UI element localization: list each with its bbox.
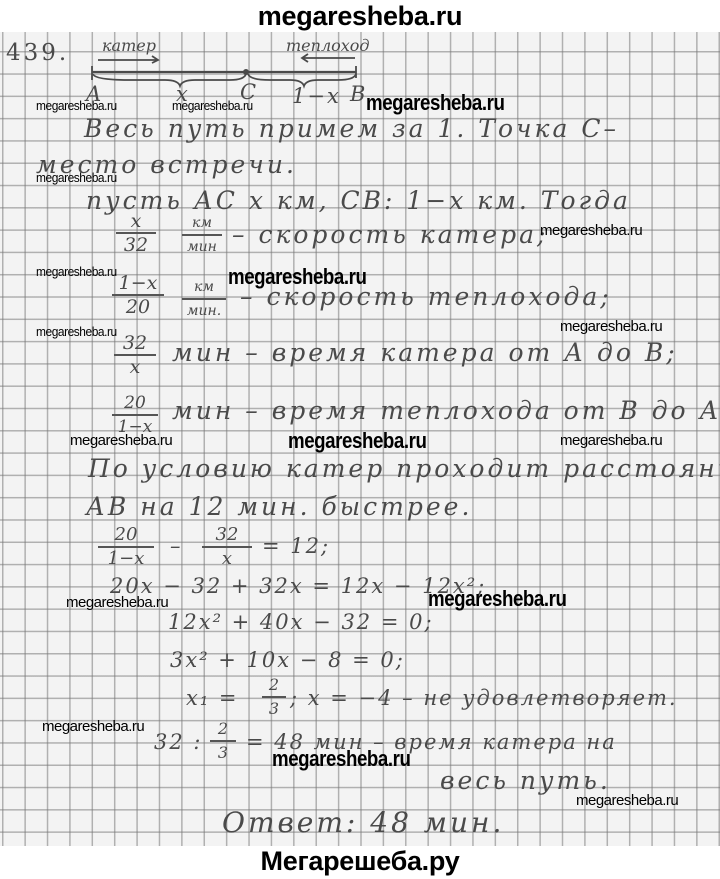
site-title-ru: Мегарешеба.ру [261,846,460,876]
segment-cb-label: 1−x [292,84,341,108]
equation-3: 12x² + 40x − 32 = 0; [168,610,434,634]
site-footer: Мегарешеба.ру [0,846,720,879]
eq6-fraction: 2 3 [210,718,236,764]
line-1: Весь путь примем за 1. Точка С– [84,114,619,143]
point-b: B [350,82,367,106]
equation-4: 3x² + 10x − 8 = 0; [170,648,405,672]
line-boat-speed: – скорость катера; [232,220,548,249]
watermark: megaresheba.ru [576,792,678,809]
watermark: megaresheba.ru [560,432,662,449]
eq5-fraction: 2 3 [262,674,286,720]
line-6: весь путь. [440,766,611,795]
fraction-boat-speed: x 32 [116,210,156,256]
eq1-fraction-a: 20 1−x [98,524,154,570]
eq1-minus: – [170,534,183,558]
problem-number: 439. [6,40,69,66]
watermark-large: megaresheba.ru [366,90,505,116]
unit-km-min-2: км мин. [182,276,226,322]
eq1-rhs: = 12; [262,534,330,558]
line-5: АВ на 12 мин. быстрее. [86,492,472,521]
watermark: megaresheba.ru [172,98,253,113]
eq6-lhs: 32 : [154,730,202,754]
boat-label: катер [102,36,156,55]
watermark: megaresheba.ru [36,264,117,279]
watermark: megaresheba.ru [560,318,662,335]
line-4: По условию катер проходит расстояние [88,454,720,483]
answer: Ответ: 48 мин. [222,806,504,839]
eq5-rest: ; x = −4 – не удовлетворяет. [290,686,678,710]
watermark-large: megaresheba.ru [428,586,567,612]
watermark-large: megaresheba.ru [272,746,411,772]
eq1-fraction-b: 32 x [202,524,252,570]
line-3: пусть АС х км, СВ: 1−х км. Тогда [86,186,631,215]
watermark: megaresheba.ru [36,98,117,113]
unit-km-min-1: км мин [182,212,222,258]
eq5-lhs: x₁ = [186,686,239,710]
watermark: megaresheba.ru [540,222,642,239]
watermark: megaresheba.ru [36,170,117,185]
line-boat-time: мин – время катера от А до В; [172,338,678,367]
fraction-ship-speed: 1−x 20 [112,272,164,318]
line-ship-time: мин – время теплохода от В до А. [172,396,720,425]
fraction-boat-time: 32 x [114,332,156,378]
ship-label: теплоход [286,36,370,55]
watermark: megaresheba.ru [42,718,144,735]
watermark-large: megaresheba.ru [228,264,367,290]
watermark: megaresheba.ru [70,432,172,449]
watermark: megaresheba.ru [36,324,117,339]
watermark-large: megaresheba.ru [288,428,427,454]
watermark: megaresheba.ru [66,594,168,611]
